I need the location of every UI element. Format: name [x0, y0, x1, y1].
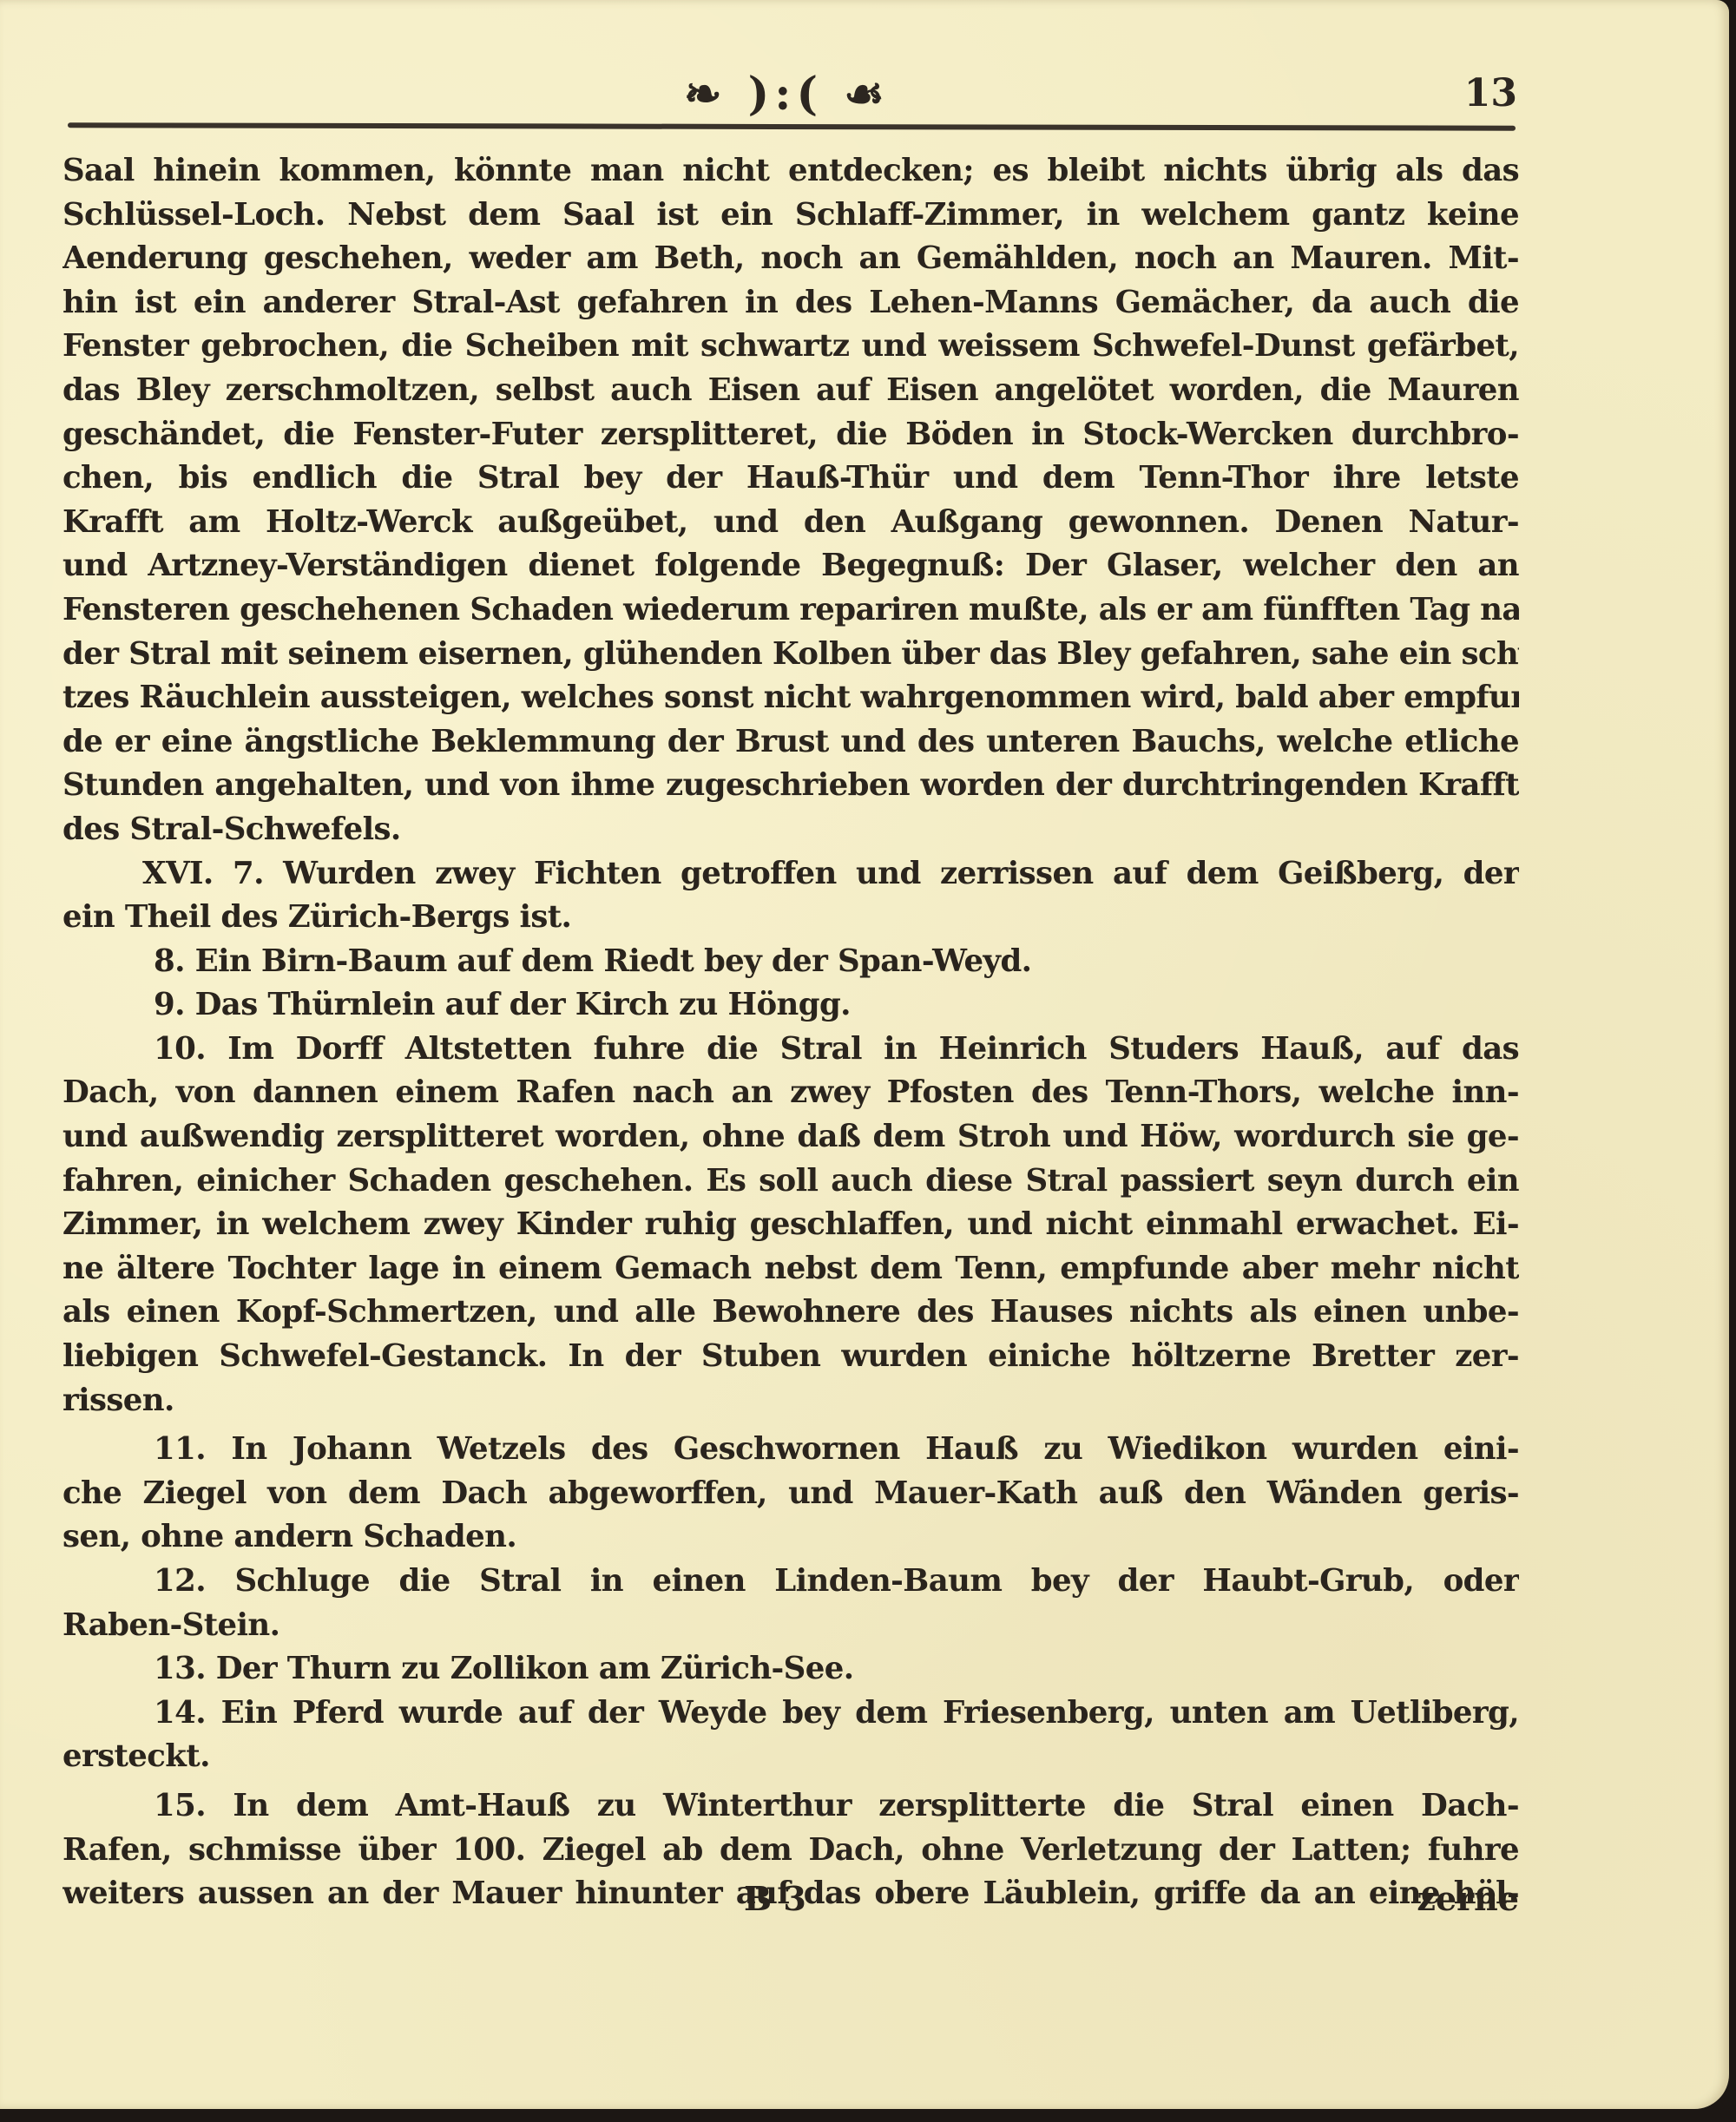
catchword: zerne [1417, 1879, 1519, 1918]
text-line: Dach, von dannen einem Rafen nach an zwe… [62, 1071, 1519, 1115]
page-number: 13 [1464, 71, 1517, 115]
text-line: Stunden angehalten, und von ihme zugesch… [62, 764, 1519, 808]
text-line: und außwendig zersplitteret worden, ohne… [62, 1115, 1519, 1160]
text-line: chen, bis endlich die Stral bey der Hauß… [62, 457, 1519, 501]
text-line: und Artzney-Verständigen dienet folgende… [62, 544, 1519, 588]
body-text: Saal hinein kommen, könnte man nicht ent… [62, 149, 1519, 1916]
entry-item-9: 9. Das Thürnlein auf der Kirch zu Höngg. [62, 983, 1519, 1028]
entry-item-13: 13. Der Thurn zu Zollikon am Zürich-See. [62, 1647, 1519, 1692]
text-line: tzes Räuchlein aussteigen, welches sonst… [62, 676, 1519, 720]
text-line: de er eine ängstliche Beklemmung der Bru… [62, 720, 1519, 765]
text-line: der Stral mit seinem eisernen, glühenden… [62, 633, 1519, 677]
text-line: ne ältere Tochter lage in einem Gemach n… [62, 1247, 1519, 1291]
text-line: des Stral-Schwefels. [62, 808, 1519, 852]
text-line: Fensteren geschehenen Schaden wiederum r… [62, 588, 1519, 633]
text-line: geschändet, die Fenster-Futer zersplitte… [62, 413, 1519, 457]
text-line: XVI. 7. Wurden zwey Fichten getroffen un… [62, 852, 1519, 897]
running-header: ❧ ):( ☙ 13 [68, 61, 1517, 130]
text-line: Zimmer, in welchem zwey Kinder ruhig ges… [62, 1203, 1519, 1247]
text-line: Saal hinein kommen, könnte man nicht ent… [62, 149, 1519, 194]
text-line: sen, ohne andern Schaden. [62, 1515, 1519, 1560]
text-line: 14. Ein Pferd wurde auf der Weyde bey de… [62, 1692, 1519, 1736]
text-line: liebigen Schwefel-Gestanck. In der Stube… [62, 1335, 1519, 1379]
entry-item-7: XVI. 7. Wurden zwey Fichten getroffen un… [62, 852, 1519, 940]
text-line: Schlüssel-Loch. Nebst dem Saal ist ein S… [62, 194, 1519, 238]
text-line: Krafft am Holtz-Werck außgeübet, und den… [62, 501, 1519, 545]
text-line: Aenderung geschehen, weder am Beth, noch… [62, 237, 1519, 281]
entry-item-11: 11. In Johann Wetzels des Geschwornen Ha… [62, 1428, 1519, 1560]
text-line: fahren, einicher Schaden geschehen. Es s… [62, 1160, 1519, 1204]
header-ornament: ❧ ):( ☙ [684, 68, 890, 121]
text-line: hin ist ein anderer Stral-Ast gefahren i… [62, 281, 1519, 325]
text-line: das Bley zerschmoltzen, selbst auch Eise… [62, 369, 1519, 413]
entry-item-14: 14. Ein Pferd wurde auf der Weyde bey de… [62, 1692, 1519, 1779]
text-line: che Ziegel von dem Dach abgeworffen, und… [62, 1472, 1519, 1516]
entry-item-8: 8. Ein Birn-Baum auf dem Riedt bey der S… [62, 940, 1519, 984]
text-line: ersteckt. [62, 1735, 1519, 1779]
text-line: Rafen, schmisse über 100. Ziegel ab dem … [62, 1829, 1519, 1873]
page-footer: B 3 zerne [62, 1879, 1519, 1931]
text-line: Raben-Stein. [62, 1604, 1519, 1648]
text-line: 9. Das Thürnlein auf der Kirch zu Höngg. [62, 983, 1519, 1028]
text-line: rissen. [62, 1379, 1519, 1423]
text-line: ein Theil des Zürich-Bergs ist. [62, 896, 1519, 940]
paragraph-continuation: Saal hinein kommen, könnte man nicht ent… [62, 149, 1519, 852]
text-line: 10. Im Dorff Altstetten fuhre die Stral … [62, 1028, 1519, 1072]
entry-item-10: 10. Im Dorff Altstetten fuhre die Stral … [62, 1028, 1519, 1422]
text-line: 12. Schluge die Stral in einen Linden-Ba… [62, 1560, 1519, 1604]
text-line: 11. In Johann Wetzels des Geschwornen Ha… [62, 1428, 1519, 1472]
entry-item-12: 12. Schluge die Stral in einen Linden-Ba… [62, 1560, 1519, 1647]
text-line: 8. Ein Birn-Baum auf dem Riedt bey der S… [62, 940, 1519, 984]
signature-mark: B 3 [744, 1879, 806, 1918]
scanned-page: ❧ ):( ☙ 13 Saal hinein kommen, könnte ma… [0, 0, 1729, 2109]
text-line: Fenster gebrochen, die Scheiben mit schw… [62, 325, 1519, 369]
text-line: 13. Der Thurn zu Zollikon am Zürich-See. [62, 1647, 1519, 1692]
text-line: 15. In dem Amt-Hauß zu Winterthur zerspl… [62, 1784, 1519, 1829]
text-line: als einen Kopf-Schmertzen, und alle Bewo… [62, 1291, 1519, 1335]
